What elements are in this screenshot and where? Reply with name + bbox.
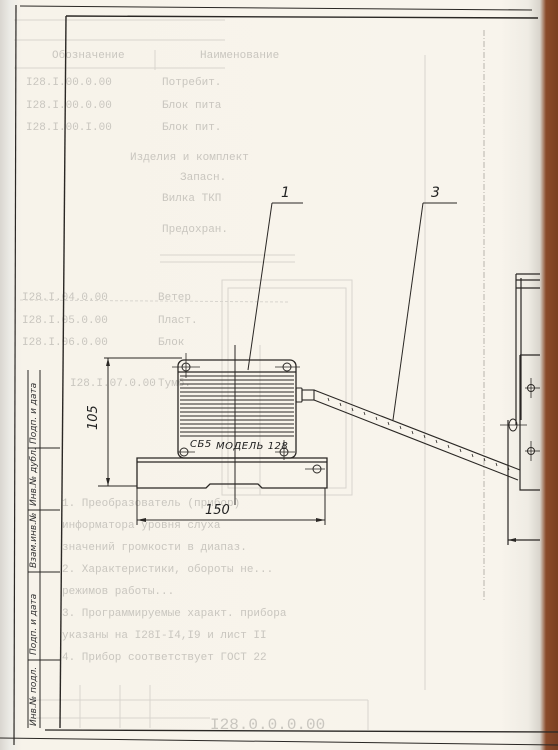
device-logo: СБ5	[190, 439, 212, 450]
stamp-cell-inv-podl: Инв.№ подл.	[29, 667, 39, 726]
stamp-cell-sign-date-2: Подп. и дата	[29, 383, 39, 444]
leader-label-3: 3	[431, 185, 440, 201]
stamp-cell-inv-dubl: Инв.№ дубл.	[29, 447, 39, 506]
leader-label-1: 1	[281, 185, 290, 201]
stamp-cell-sign-date: Подп. и дата	[29, 594, 39, 655]
drawing-sheet: Обозначение Наименование I28.I.00.0.00 П…	[0, 0, 558, 750]
dimension-height: 105	[86, 405, 101, 430]
dimension-width: 150	[205, 503, 230, 518]
drawing-linework	[0, 0, 558, 750]
stamp-cell-vzam-inv: Взам.инв.№	[29, 513, 39, 568]
device-model-label: МОДЕЛЬ 128	[216, 441, 288, 452]
